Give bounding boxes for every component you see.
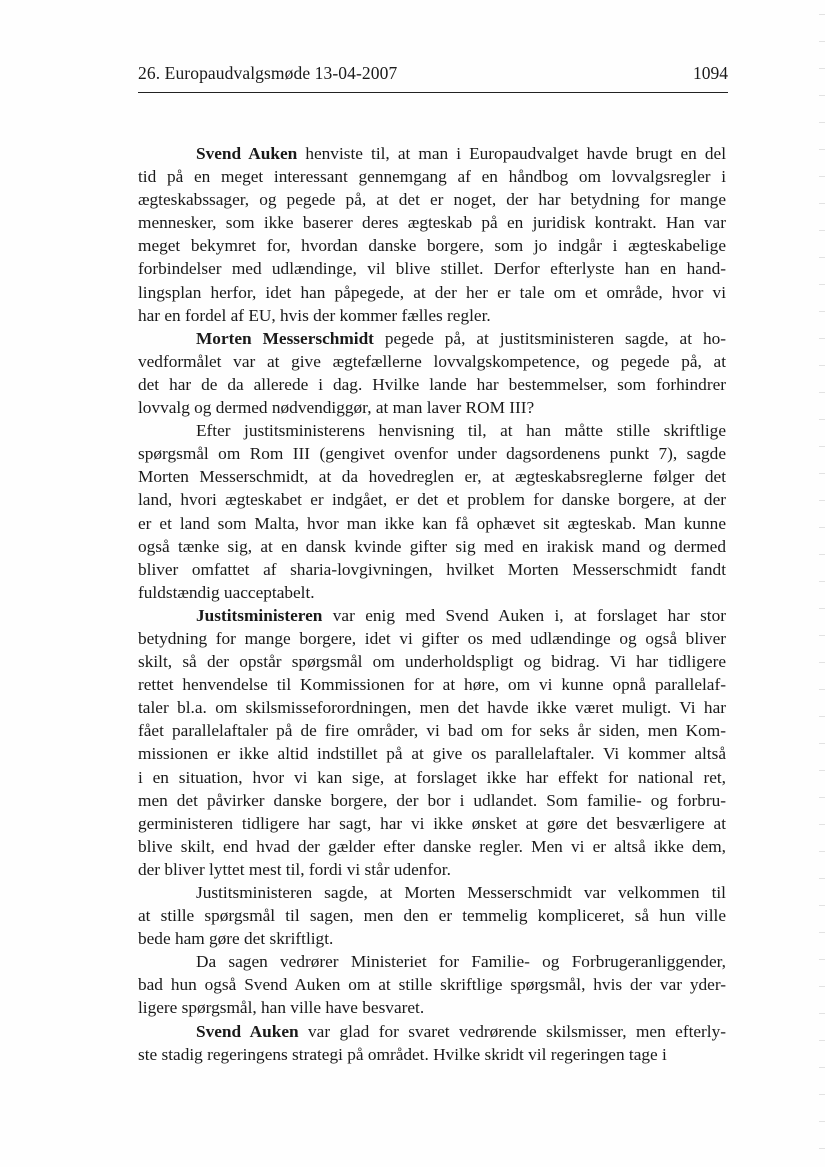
text-line: meget bekymret for, hvordan danske borge…	[138, 234, 726, 257]
line-text: lovvalg og dermed nødvendiggør, at man l…	[138, 398, 534, 417]
line-text: at stille spørgsmål til sagen, men den e…	[138, 906, 726, 925]
text-line: ægteskabssager, og pegede på, at det er …	[138, 188, 726, 211]
text-line: ligere spørgsmål, han ville have besvare…	[138, 996, 726, 1019]
text-line: Svend Auken henviste til, at man i Europ…	[138, 142, 726, 165]
text-line: Svend Auken var glad for svaret vedrøren…	[138, 1020, 726, 1043]
line-text: rettet henvendelse til Kommissionen for …	[138, 675, 726, 694]
page-header: 26. Europaudvalgsmøde 13-04-2007 1094	[138, 62, 728, 86]
document-page: 26. Europaudvalgsmøde 13-04-2007 1094 Sv…	[0, 0, 825, 1167]
text-line: fuldstændig uacceptabelt.	[138, 581, 726, 604]
text-line: missionen er ikke altid indstillet på at…	[138, 742, 726, 765]
header-title: 26. Europaudvalgsmøde 13-04-2007	[138, 62, 397, 84]
text-line: men det påvirker danske borgere, der bor…	[138, 789, 726, 812]
text-line: Morten Messerschmidt pegede på, at justi…	[138, 327, 726, 350]
text-line: tid på en meget interessant gennemgang a…	[138, 165, 726, 188]
line-text: ligere spørgsmål, han ville have besvare…	[138, 998, 424, 1017]
line-text: men det påvirker danske borgere, der bor…	[138, 791, 726, 810]
line-text: land, hvori ægteskabet er indgået, er de…	[138, 490, 726, 509]
speaker-name: Morten Messerschmidt	[196, 329, 374, 348]
line-text: forbindelser med udlændinge, vil blive s…	[138, 259, 726, 278]
line-text: var enig med Svend Auken i, at forslaget…	[322, 606, 726, 625]
text-line: gerministeren tidligere har sagt, har vi…	[138, 812, 726, 835]
text-line: rettet henvendelse til Kommissionen for …	[138, 673, 726, 696]
paragraph: Justitsministeren sagde, at Morten Messe…	[138, 881, 726, 950]
line-text: fuldstændig uacceptabelt.	[138, 583, 315, 602]
line-text: også tænke sig, at en dansk kvinde gifte…	[138, 537, 726, 556]
line-text: blive skilt, end hvad der gælder efter d…	[138, 837, 726, 856]
line-text: har en fordel af EU, hvis der kommer fæl…	[138, 306, 491, 325]
text-line: Da sagen vedrører Ministeriet for Famili…	[138, 950, 726, 973]
header-divider	[138, 92, 728, 93]
line-text: gerministeren tidligere har sagt, har vi…	[138, 814, 726, 833]
line-text: Justitsministeren sagde, at Morten Messe…	[196, 883, 726, 902]
text-line: bad hun også Svend Auken om at stille sk…	[138, 973, 726, 996]
text-line: ste stadig regeringens strategi på områd…	[138, 1043, 726, 1066]
line-text: Efter justitsministerens henvisning til,…	[196, 421, 726, 440]
line-text: ægteskabssager, og pegede på, at det er …	[138, 190, 726, 209]
line-text: i en situation, hvor vi kan sige, at for…	[138, 768, 726, 787]
text-line: lovvalg og dermed nødvendiggør, at man l…	[138, 396, 726, 419]
text-line: skilt, så der opstår spørgsmål om underh…	[138, 650, 726, 673]
text-line: har en fordel af EU, hvis der kommer fæl…	[138, 304, 726, 327]
page-number: 1094	[693, 62, 728, 84]
scan-edge-artifact	[819, 0, 825, 1167]
line-text: missionen er ikke altid indstillet på at…	[138, 744, 726, 763]
text-line: der bliver lyttet mest til, fordi vi stå…	[138, 858, 726, 881]
line-text: meget bekymret for, hvordan danske borge…	[138, 236, 726, 255]
paragraph: Justitsministeren var enig med Svend Auk…	[138, 604, 726, 881]
text-line: Justitsministeren sagde, at Morten Messe…	[138, 881, 726, 904]
text-line: blive skilt, end hvad der gælder efter d…	[138, 835, 726, 858]
paragraph: Svend Auken henviste til, at man i Europ…	[138, 142, 726, 327]
text-line: at stille spørgsmål til sagen, men den e…	[138, 904, 726, 927]
line-text: skilt, så der opstår spørgsmål om underh…	[138, 652, 726, 671]
text-line: land, hvori ægteskabet er indgået, er de…	[138, 488, 726, 511]
document-body: Svend Auken henviste til, at man i Europ…	[138, 142, 726, 1066]
line-text: bliver omfattet af sharia-lovgivningen, …	[138, 560, 726, 579]
line-text: spørgsmål om Rom III (gengivet ovenfor u…	[138, 444, 726, 463]
line-text: Da sagen vedrører Ministeriet for Famili…	[196, 952, 726, 971]
line-text: der bliver lyttet mest til, fordi vi stå…	[138, 860, 451, 879]
line-text: mennesker, som ikke baserer deres ægtesk…	[138, 213, 726, 232]
line-text: Morten Messerschmidt, at da hovedreglen …	[138, 467, 726, 486]
paragraph: Da sagen vedrører Ministeriet for Famili…	[138, 950, 726, 1019]
text-line: også tænke sig, at en dansk kvinde gifte…	[138, 535, 726, 558]
text-line: er et land som Malta, hvor man ikke kan …	[138, 512, 726, 535]
text-line: spørgsmål om Rom III (gengivet ovenfor u…	[138, 442, 726, 465]
text-line: Morten Messerschmidt, at da hovedreglen …	[138, 465, 726, 488]
paragraph: Efter justitsministerens henvisning til,…	[138, 419, 726, 604]
text-line: lingsplan herfor, idet han påpegede, at …	[138, 281, 726, 304]
line-text: ste stadig regeringens strategi på områd…	[138, 1045, 667, 1064]
line-text: tid på en meget interessant gennemgang a…	[138, 167, 726, 186]
line-text: det har de da allerede i dag. Hvilke lan…	[138, 375, 726, 394]
line-text: var glad for svaret vedrørende skilsmiss…	[299, 1022, 726, 1041]
speaker-name: Justitsministeren	[196, 606, 322, 625]
line-text: er et land som Malta, hvor man ikke kan …	[138, 514, 726, 533]
line-text: taler bl.a. om skilsmisseforordningen, m…	[138, 698, 726, 717]
text-line: bede ham gøre det skriftligt.	[138, 927, 726, 950]
line-text: bede ham gøre det skriftligt.	[138, 929, 333, 948]
text-line: taler bl.a. om skilsmisseforordningen, m…	[138, 696, 726, 719]
line-text: betydning for mange borgere, idet vi gif…	[138, 629, 726, 648]
line-text: henviste til, at man i Europaudvalget ha…	[297, 144, 726, 163]
speaker-name: Svend Auken	[196, 1022, 299, 1041]
text-line: i en situation, hvor vi kan sige, at for…	[138, 766, 726, 789]
paragraph: Svend Auken var glad for svaret vedrøren…	[138, 1020, 726, 1066]
text-line: Efter justitsministerens henvisning til,…	[138, 419, 726, 442]
text-line: Justitsministeren var enig med Svend Auk…	[138, 604, 726, 627]
text-line: vedformålet var at give ægtefællerne lov…	[138, 350, 726, 373]
text-line: mennesker, som ikke baserer deres ægtesk…	[138, 211, 726, 234]
line-text: vedformålet var at give ægtefællerne lov…	[138, 352, 726, 371]
text-line: fået parallelaftaler på de fire områder,…	[138, 719, 726, 742]
line-text: lingsplan herfor, idet han påpegede, at …	[138, 283, 726, 302]
text-line: det har de da allerede i dag. Hvilke lan…	[138, 373, 726, 396]
speaker-name: Svend Auken	[196, 144, 297, 163]
text-line: forbindelser med udlændinge, vil blive s…	[138, 257, 726, 280]
text-line: bliver omfattet af sharia-lovgivningen, …	[138, 558, 726, 581]
line-text: bad hun også Svend Auken om at stille sk…	[138, 975, 726, 994]
line-text: pegede på, at justitsministeren sagde, a…	[374, 329, 726, 348]
paragraph: Morten Messerschmidt pegede på, at justi…	[138, 327, 726, 419]
line-text: fået parallelaftaler på de fire områder,…	[138, 721, 726, 740]
text-line: betydning for mange borgere, idet vi gif…	[138, 627, 726, 650]
